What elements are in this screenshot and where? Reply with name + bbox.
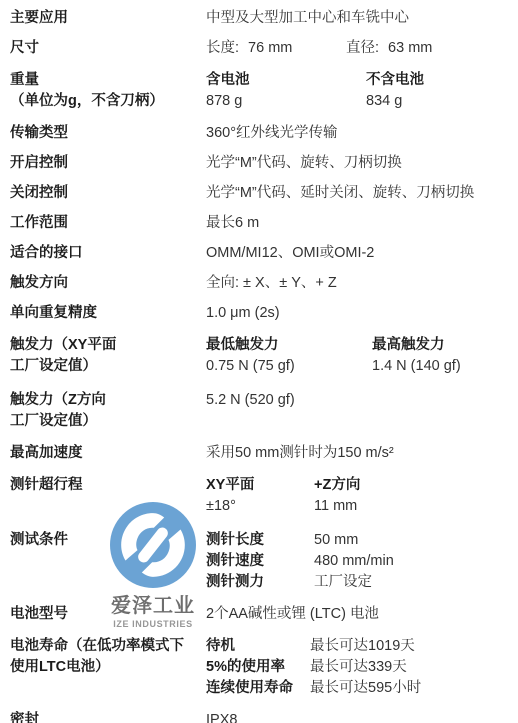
row-label: 测针超行程 bbox=[10, 475, 206, 496]
item-value: 工厂设定 bbox=[314, 572, 372, 593]
item-value: 最长可达595小时 bbox=[310, 678, 421, 699]
row-operating-range: 工作范围 最长6 m bbox=[10, 215, 518, 232]
weight-with-batteries-cell: 含电池 878 g bbox=[206, 70, 366, 112]
col-value: 834 g bbox=[366, 91, 424, 112]
col-value: 0.75 N (75 gf) bbox=[206, 356, 372, 377]
length-cell: 长度:76 mm bbox=[206, 40, 346, 57]
row-sense-directions: 触发方向 全向: ± X、± Y、+ Z bbox=[10, 275, 518, 292]
spec-table: 主要应用 中型及大型加工中心和车铣中心 尺寸 长度:76 mm 直径:63 mm… bbox=[10, 10, 518, 723]
col-head: 含电池 bbox=[206, 70, 366, 91]
row-label: 关闭控制 bbox=[10, 185, 206, 202]
row-unidirectional-repeatability: 单向重复精度 1.0 μm (2s) bbox=[10, 305, 518, 322]
row-weight: 重量 （单位为g，不含刀柄） 含电池 878 g 不含电池 834 g bbox=[10, 70, 518, 112]
row-trigger-force-z: 触发力（Z方向 工厂设定值） 5.2 N (520 gf) bbox=[10, 390, 518, 432]
row-battery-type: 电池型号 2个AA碱性或锂 (LTC) 电池 bbox=[10, 606, 518, 623]
row-label: 密封 bbox=[10, 712, 206, 723]
row-switch-off-control: 关闭控制 光学“M”代码、延时关闭、旋转、刀柄切换 bbox=[10, 185, 518, 202]
row-label-line2: 工厂设定值） bbox=[10, 356, 198, 377]
row-value: 2个AA碱性或锂 (LTC) 电池 bbox=[206, 606, 518, 623]
item-key: 5%的使用率 bbox=[206, 657, 310, 678]
row-label: 最高加速度 bbox=[10, 445, 206, 462]
col-value: ±18° bbox=[206, 496, 314, 517]
length-value: 76 mm bbox=[248, 40, 292, 56]
overtravel-z-cell: +Z方向 11 mm bbox=[314, 475, 360, 517]
row-dimensions: 尺寸 长度:76 mm 直径:63 mm bbox=[10, 40, 518, 57]
battery-life-item: 待机 最长可达1019天 bbox=[206, 636, 518, 657]
row-label: 尺寸 bbox=[10, 40, 206, 57]
row-label: 电池型号 bbox=[10, 606, 206, 623]
row-value: 5.2 N (520 gf) bbox=[206, 390, 518, 411]
row-label-line2: 使用LTC电池） bbox=[10, 657, 198, 678]
row-label-line2: （单位为g，不含刀柄） bbox=[10, 91, 198, 112]
row-label: 主要应用 bbox=[10, 10, 206, 27]
col-value: 878 g bbox=[206, 91, 366, 112]
row-value: 光学“M”代码、旋转、刀柄切换 bbox=[206, 155, 518, 172]
row-value: 光学“M”代码、延时关闭、旋转、刀柄切换 bbox=[206, 185, 518, 202]
item-key: 连续使用寿命 bbox=[206, 678, 310, 699]
col-value: 11 mm bbox=[314, 496, 360, 517]
battery-life-item: 5%的使用率 最长可达339天 bbox=[206, 657, 518, 678]
item-key: 待机 bbox=[206, 636, 310, 657]
col-head: 最高触发力 bbox=[372, 335, 461, 356]
item-value: 50 mm bbox=[314, 530, 358, 551]
item-value: 最长可达1019天 bbox=[310, 636, 415, 657]
row-label-line1: 触发力（Z方向 bbox=[10, 390, 198, 411]
length-label: 长度: bbox=[206, 40, 239, 57]
row-trigger-force-xy: 触发力（XY平面 工厂设定值） 最低触发力 0.75 N (75 gf) 最高触… bbox=[10, 335, 518, 377]
row-max-acceleration: 最高加速度 采用50 mm测针时为150 m/s² bbox=[10, 445, 518, 462]
col-head: 最低触发力 bbox=[206, 335, 372, 356]
row-value: 最长6 m bbox=[206, 215, 518, 232]
diameter-value: 63 mm bbox=[388, 40, 432, 56]
col-head: XY平面 bbox=[206, 475, 314, 496]
row-stylus-overtravel: 测针超行程 XY平面 ±18° +Z方向 11 mm bbox=[10, 475, 518, 517]
item-value: 最长可达339天 bbox=[310, 657, 407, 678]
col-head: 不含电池 bbox=[366, 70, 424, 91]
weight-without-batteries-cell: 不含电池 834 g bbox=[366, 70, 424, 112]
item-value: 480 mm/min bbox=[314, 551, 394, 572]
test-condition-item: 测针测力 工厂设定 bbox=[206, 572, 518, 593]
row-label: 工作范围 bbox=[10, 215, 206, 232]
row-switch-on-control: 开启控制 光学“M”代码、旋转、刀柄切换 bbox=[10, 155, 518, 172]
test-condition-item: 测针长度 50 mm bbox=[206, 530, 518, 551]
lowest-trigger-force-cell: 最低触发力 0.75 N (75 gf) bbox=[206, 335, 372, 377]
battery-life-item: 连续使用寿命 最长可达595小时 bbox=[206, 678, 518, 699]
overtravel-xy-cell: XY平面 ±18° bbox=[206, 475, 314, 517]
row-transmission-type: 传输类型 360°红外线光学传输 bbox=[10, 125, 518, 142]
row-compatible-interfaces: 适合的接口 OMM/MI12、OMI或OMI-2 bbox=[10, 245, 518, 262]
row-test-conditions: 测试条件 测针长度 50 mm 测针速度 480 mm/min 测针测力 工厂设… bbox=[10, 530, 518, 593]
row-sealing: 密封 IPX8 bbox=[10, 712, 518, 723]
diameter-label: 直径: bbox=[346, 40, 379, 57]
highest-trigger-force-cell: 最高触发力 1.4 N (140 gf) bbox=[372, 335, 461, 377]
row-value: 360°红外线光学传输 bbox=[206, 125, 518, 142]
diameter-cell: 直径:63 mm bbox=[346, 40, 432, 57]
row-label-line1: 电池寿命（在低功率模式下 bbox=[10, 636, 198, 657]
row-label: 测试条件 bbox=[10, 530, 206, 551]
test-condition-item: 测针速度 480 mm/min bbox=[206, 551, 518, 572]
row-label: 适合的接口 bbox=[10, 245, 206, 262]
row-label-line2: 工厂设定值） bbox=[10, 411, 198, 432]
item-key: 测针长度 bbox=[206, 530, 314, 551]
row-value: 1.0 μm (2s) bbox=[206, 305, 518, 322]
row-value: IPX8 bbox=[206, 712, 518, 723]
row-label-line1: 触发力（XY平面 bbox=[10, 335, 198, 356]
row-label-line1: 重量 bbox=[10, 70, 198, 91]
row-battery-life: 电池寿命（在低功率模式下 使用LTC电池） 待机 最长可达1019天 5%的使用… bbox=[10, 636, 518, 699]
row-label: 单向重复精度 bbox=[10, 305, 206, 322]
row-value: 全向: ± X、± Y、+ Z bbox=[206, 275, 518, 292]
col-head: +Z方向 bbox=[314, 475, 360, 496]
spec-sheet-page: 爱泽工业 IZE INDUSTRIES 主要应用 中型及大型加工中心和车铣中心 … bbox=[0, 0, 518, 723]
item-key: 测针速度 bbox=[206, 551, 314, 572]
item-key: 测针测力 bbox=[206, 572, 314, 593]
col-value: 1.4 N (140 gf) bbox=[372, 356, 461, 377]
row-label: 传输类型 bbox=[10, 125, 206, 142]
row-label: 触发方向 bbox=[10, 275, 206, 292]
row-label: 开启控制 bbox=[10, 155, 206, 172]
row-value: 采用50 mm测针时为150 m/s² bbox=[206, 445, 518, 462]
row-main-application: 主要应用 中型及大型加工中心和车铣中心 bbox=[10, 10, 518, 27]
row-value: 中型及大型加工中心和车铣中心 bbox=[206, 10, 518, 27]
row-value: OMM/MI12、OMI或OMI-2 bbox=[206, 245, 518, 262]
